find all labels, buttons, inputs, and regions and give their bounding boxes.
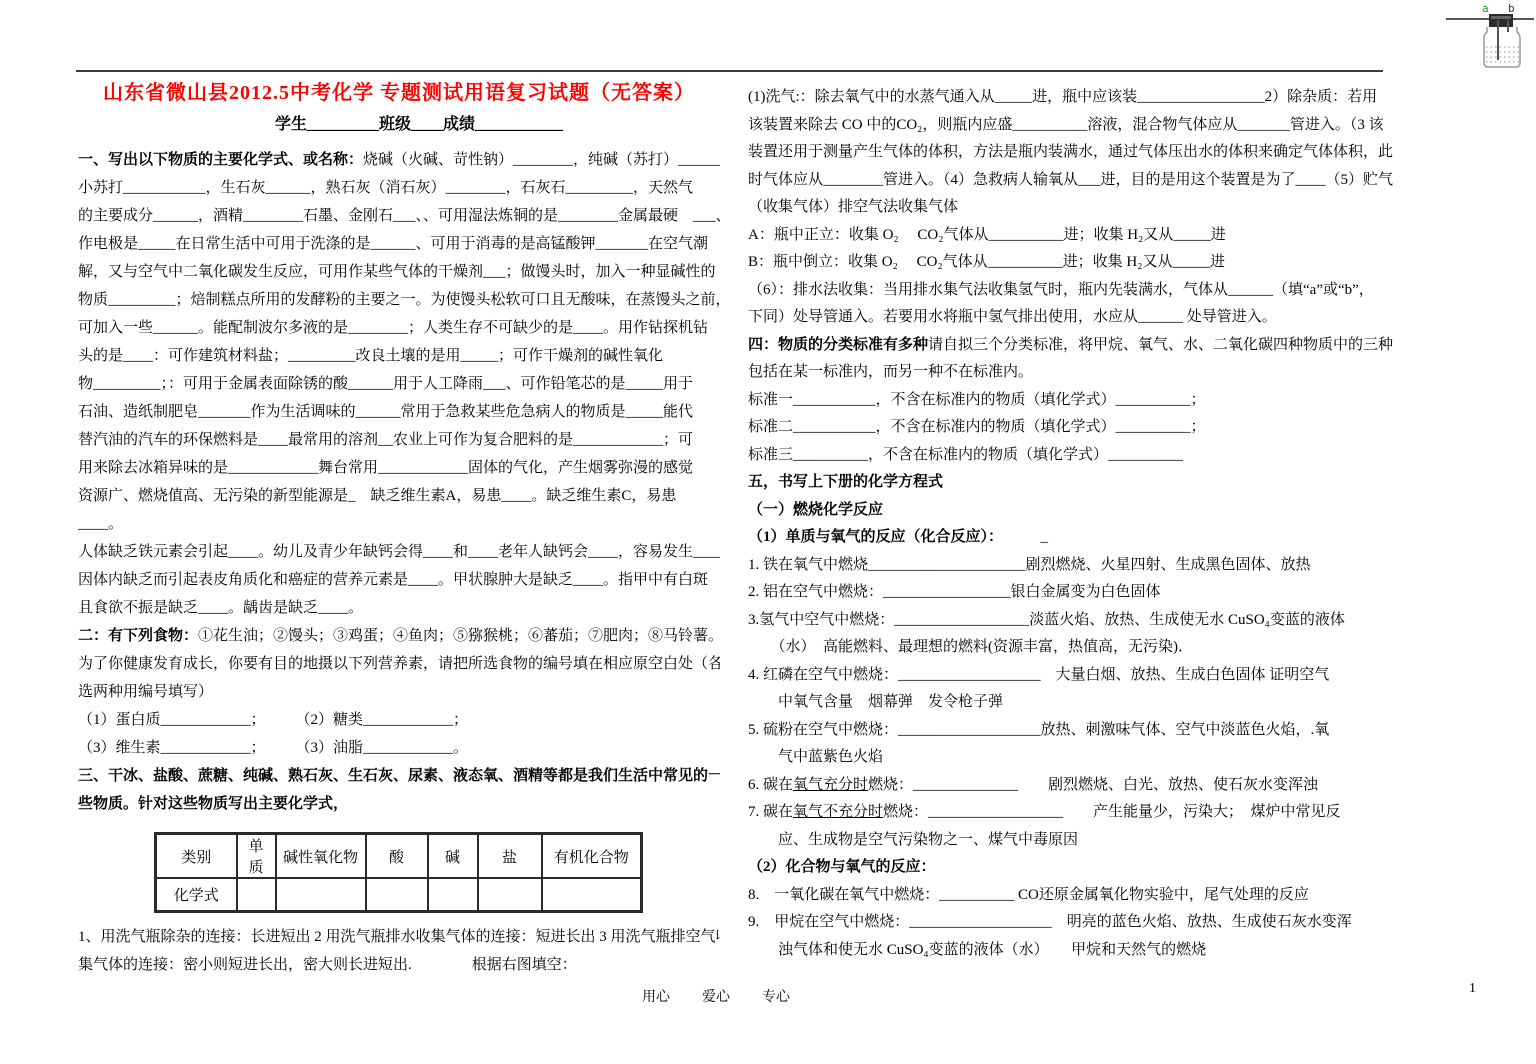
text-segment: _ <box>996 529 1049 545</box>
table-header-cell: 有机化合物 <box>542 834 642 879</box>
text-line: 7. 碳在氧气不充分时燃烧：__________________ 产生能量少，污… <box>748 799 1400 827</box>
page-number: 1 <box>1469 981 1476 997</box>
table-header-cell: 碱性氧化物 <box>276 834 366 879</box>
text-segment: B：瓶中倒立：收集 O₂ CO₂气体从__________进；收集 H₂又从__… <box>748 254 1225 270</box>
text-line: 气中蓝紫色火焰 <box>748 744 1400 772</box>
text-segment: 燃烧：__________________ 产生能量少，污染大； 煤炉中常见反 <box>883 804 1341 820</box>
text-line: ____。 <box>78 510 720 538</box>
text-line: 3.氢气中空气中燃烧：__________________淡蓝火焰、放热、生成使… <box>748 607 1400 635</box>
text-segment: （收集气体）排空气法收集气体 <box>748 199 958 215</box>
text-line: 4. 红磷在空气中燃烧：___________________ 大量白烟、放热、… <box>748 662 1400 690</box>
text-line: 浊气体和使无水 CuSO₄变蓝的液体（水） 甲烷和天然气的燃烧 <box>748 937 1400 965</box>
text-segment: 6. 碳在 <box>748 777 793 793</box>
tube-a-label: a <box>1482 2 1489 15</box>
text-segment: 因体内缺乏而引起表皮角质化和癌症的营养元素是____。甲状腺肿大是缺乏____。… <box>78 572 708 588</box>
text-line: （收集气体）排空气法收集气体 <box>748 194 1400 222</box>
text-segment: ____。 <box>78 516 123 532</box>
text-line: 替汽油的汽车的环保燃料是____最常用的溶剂__农业上可作为复合肥料的是____… <box>78 426 720 454</box>
text-line: 物质_________；焙制糕点所用的发酵粉的主要之一。为使馒头松软可口且无酸味… <box>78 286 720 314</box>
text-segment: 且食欲不振是缺乏____。龋齿是缺乏____。 <box>78 600 363 616</box>
text-segment: 用来除去冰箱异味的是____________舞台常用____________固体… <box>78 460 693 476</box>
text-segment: 小苏打___________，生石灰______，熟石灰（消石灰）_______… <box>78 180 693 196</box>
text-segment: 2. 铝在空气中燃烧：_________________银白金属变为白色固体 <box>748 584 1161 600</box>
text-line: A：瓶中正立：收集 O₂ CO₂气体从__________进；收集 H₂又从__… <box>748 222 1400 250</box>
text-segment: 请自拟三个分类标准，将甲烷、氧气、水、二氧化碳四种物质中的三种 <box>928 337 1393 353</box>
text-segment: 一、写出以下物质的主要化学式、或名称： <box>78 152 363 168</box>
text-line: 5. 硫粉在空气中燃烧：___________________放热、刺激味气体、… <box>748 717 1400 745</box>
text-segment: 1、用洗气瓶除杂的连接：长进短出 2 用洗气瓶排水收集气体的连接：短进长出 3 … <box>78 929 720 945</box>
text-line: 的主要成分______，酒精________石墨、金刚石___、、可用湿法炼铜的… <box>78 202 720 230</box>
text-segment: 该装置来除去 CO 中的CO₂，则瓶内应盛__________溶液，混合物气体应… <box>748 117 1384 133</box>
top-rule <box>76 70 1383 72</box>
table-header-cell: 酸 <box>366 834 428 879</box>
text-line: （水） 高能燃料、最理想的燃料(资源丰富，热值高，无污染)． <box>748 634 1400 662</box>
text-segment: 5. 硫粉在空气中燃烧：___________________放热、刺激味气体、… <box>748 722 1329 738</box>
text-line: 可加入一些______。能配制波尔多液的是________；人类生存不可缺少的是… <box>78 314 720 342</box>
text-line: 为了你健康发育成长，你要有目的地摄以下列营养素，请把所选食物的编号填在相应原空白… <box>78 650 720 678</box>
text-line: 标准二___________，不含在标准内的物质（填化学式）__________… <box>748 414 1400 442</box>
text-segment: 浊气体和使无水 CuSO₄变蓝的液体（水） 甲烷和天然气的燃烧 <box>748 942 1206 958</box>
text-segment: 应、生成物是空气污染物之一、煤气中毒原因 <box>748 832 1078 848</box>
left-text-block-after-table: 1、用洗气瓶除杂的连接：长进短出 2 用洗气瓶排水收集气体的连接：短进长出 3 … <box>78 923 720 979</box>
text-line: 五，书写上下册的化学方程式 <box>748 469 1400 497</box>
text-segment: 五，书写上下册的化学方程式 <box>748 474 943 490</box>
text-segment: 8. 一氧化碳在氧气中燃烧：__________ CO还原金属氧化物实验中，尾气… <box>748 887 1309 903</box>
table-row-label: 化学式 <box>156 878 237 911</box>
footer-word: 专心 <box>762 990 790 1005</box>
text-segment: （6）：排水法收集：当用排水集气法收集氢气时，瓶内先装满水，气体从______（… <box>748 282 1374 298</box>
text-line: 标准三__________，不含在标准内的物质（填化学式）__________ <box>748 442 1400 470</box>
text-segment: ①花生油；②馒头；③鸡蛋；④鱼肉；⑤猕猴桃；⑥蕃茄；⑦肥肉；⑧马铃薯。 <box>198 628 720 644</box>
text-segment: （3）维生素____________； （3）油脂____________。 <box>78 740 468 756</box>
text-segment: 装置还用于测量产生气体的体积，方法是瓶内装满水，通过气体压出水的体积来确定气体体… <box>748 144 1393 160</box>
text-segment: 中氧气含量 烟幕弹 发令枪子弹 <box>748 694 1003 710</box>
text-segment: 四：物质的分类标准有多种 <box>748 337 928 353</box>
footer-motto: 用心爱心专心 <box>642 986 822 1006</box>
text-segment: （水） 高能燃料、最理想的燃料(资源丰富，热值高，无污染)． <box>748 639 1193 655</box>
text-segment: 7. 碳在 <box>748 804 793 820</box>
text-line: 且食欲不振是缺乏____。龋齿是缺乏____。 <box>78 594 720 622</box>
text-line: B：瓶中倒立：收集 O₂ CO₂气体从__________进；收集 H₂又从__… <box>748 249 1400 277</box>
text-line: 1. 铁在氧气中燃烧_____________________剧烈燃烧、火星四射… <box>748 552 1400 580</box>
text-segment: 可加入一些______。能配制波尔多液的是________；人类生存不可缺少的是… <box>78 320 708 336</box>
text-line: 物_________；：可用于金属表面除锈的酸______用于人工降雨___、可… <box>78 370 720 398</box>
text-line: 资源广、燃烧值高、无污染的新型能源是_ 缺乏维生素A，易患____。缺乏维生素C… <box>78 482 720 510</box>
text-line: 解，又与空气中二氧化碳发生反应，可用作某些气体的干燥剂___；做馒头时，加入一种… <box>78 258 720 286</box>
student-class-score-line: 学生_________班级____成绩___________ <box>118 112 720 138</box>
text-segment: 资源广、燃烧值高、无污染的新型能源是_ 缺乏维生素A，易患____。缺乏维生素C… <box>78 488 676 504</box>
text-line: 1、用洗气瓶除杂的连接：长进短出 2 用洗气瓶排水收集气体的连接：短进长出 3 … <box>78 923 720 951</box>
text-segment: 时气体应从________管进入。（4）急救病人输氧从___进，目的是用这个装置… <box>748 172 1393 188</box>
text-line: 选两种用编号填写） <box>78 678 720 706</box>
text-segment: 解，又与空气中二氧化碳发生反应，可用作某些气体的干燥剂___；做馒头时，加入一种… <box>78 264 716 280</box>
text-line: (1)洗气:：除去氧气中的水蒸气通入从_____进，瓶中应该装_________… <box>748 84 1400 112</box>
document-page: a b 山东省微山县2012.5中考化学 专题测试用语复习试题（无答案） 学生_… <box>0 0 1536 1064</box>
text-segment: （2）化合物与氧气的反应： <box>748 859 936 875</box>
stopper <box>1489 14 1513 27</box>
right-column: (1)洗气:：除去氧气中的水蒸气通入从_____进，瓶中应该装_________… <box>748 84 1400 984</box>
liquid-dots <box>1486 47 1519 62</box>
text-segment: 标准一___________，不含在标准内的物质（填化学式）__________… <box>748 392 1206 408</box>
text-segment: 石油、造纸制肥皂_______作为生活调味的______常用于急救某些危急病人的… <box>78 404 693 420</box>
text-line: 9. 甲烷在空气中燃烧：___________________ 明亮的蓝色火焰、… <box>748 909 1400 937</box>
text-segment: 包括在某一标准内，而另一种不在标准内。 <box>748 364 1033 380</box>
text-line: 石油、造纸制肥皂_______作为生活调味的______常用于急救某些危急病人的… <box>78 398 720 426</box>
text-segment: 二：有下列食物： <box>78 628 198 644</box>
text-line: 应、生成物是空气污染物之一、煤气中毒原因 <box>748 827 1400 855</box>
text-line: 小苏打___________，生石灰______，熟石灰（消石灰）_______… <box>78 174 720 202</box>
text-line: 作电极是_____在日常生活中可用于洗涤的是______、可用于消毒的是高锰酸钾… <box>78 230 720 258</box>
text-line: 些物质。针对这些物质写出主要化学式， <box>78 790 720 818</box>
table-header-row: 类别单质碱性氧化物酸碱盐有机化合物 <box>156 834 642 879</box>
text-line: （2）化合物与氧气的反应： <box>748 854 1400 882</box>
footer-word: 用心 <box>642 990 670 1005</box>
text-segment: 的主要成分______，酒精________石墨、金刚石___、、可用湿法炼铜的… <box>78 208 720 224</box>
text-line: 用来除去冰箱异味的是____________舞台常用____________固体… <box>78 454 720 482</box>
text-segment: 物质_________；焙制糕点所用的发酵粉的主要之一。为使馒头松软可口且无酸味… <box>78 292 720 308</box>
text-line: 三、干冰、盐酸、蔗糖、纯碱、熟石灰、生石灰、尿素、液态氧、酒精等都是我们生活中常… <box>78 762 720 790</box>
right-text-block: (1)洗气:：除去氧气中的水蒸气通入从_____进，瓶中应该装_________… <box>748 84 1400 964</box>
text-segment: 集气体的连接：密小则短进长出，密大则长进短出. 根据右图填空： <box>78 957 577 973</box>
text-segment: 9. 甲烷在空气中燃烧：___________________ 明亮的蓝色火焰、… <box>748 914 1352 930</box>
text-segment: 1. 铁在氧气中燃烧_____________________剧烈燃烧、火星四射… <box>748 557 1311 573</box>
text-line: 集气体的连接：密小则短进长出，密大则长进短出. 根据右图填空： <box>78 951 720 979</box>
table-header-cell: 盐 <box>478 834 542 879</box>
text-segment: （1）蛋白质____________； （2）糖类____________； <box>78 712 468 728</box>
text-segment: 气中蓝紫色火焰 <box>748 749 883 765</box>
text-line: 二：有下列食物：①花生油；②馒头；③鸡蛋；④鱼肉；⑤猕猴桃；⑥蕃茄；⑦肥肉；⑧马… <box>78 622 720 650</box>
text-line: 因体内缺乏而引起表皮角质化和癌症的营养元素是____。甲状腺肿大是缺乏____。… <box>78 566 720 594</box>
text-segment: 头的是____：可作建筑材料盐；_________改良土壤的是用_____；可作… <box>78 348 663 364</box>
text-line: 8. 一氧化碳在氧气中燃烧：__________ CO还原金属氧化物实验中，尾气… <box>748 882 1400 910</box>
text-segment: 替汽油的汽车的环保燃料是____最常用的溶剂__农业上可作为复合肥料的是____… <box>78 432 693 448</box>
text-segment: 下同）处导管通入。若要用水将瓶中氢气排出使用，水应从______ 处导管进入。 <box>748 309 1277 325</box>
text-segment: 燃烧：______________ 剧烈燃烧、白光、放热、使石灰水变浑浊 <box>868 777 1318 793</box>
text-segment: 氧气不充分时 <box>793 804 883 820</box>
table-empty-cell <box>542 878 642 911</box>
text-segment: 物_________；：可用于金属表面除锈的酸______用于人工降雨___、可… <box>78 376 693 392</box>
text-segment: 些物质。针对这些物质写出主要化学式， <box>78 796 348 812</box>
text-line: 一、写出以下物质的主要化学式、或名称：烧碱（火碱、苛性钠）________，纯碱… <box>78 146 720 174</box>
text-line: （1）单质与氧气的反应（化合反应）： _ <box>748 524 1400 552</box>
text-line: 2. 铝在空气中燃烧：_________________银白金属变为白色固体 <box>748 579 1400 607</box>
text-line: 人体缺乏铁元素会引起____。幼儿及青少年缺钙会得____和____老年人缺钙会… <box>78 538 720 566</box>
text-line: （1）蛋白质____________； （2）糖类____________； <box>78 706 720 734</box>
text-line: 四：物质的分类标准有多种请自拟三个分类标准，将甲烷、氧气、水、二氧化碳四种物质中… <box>748 332 1400 360</box>
classification-table: 类别单质碱性氧化物酸碱盐有机化合物 化学式 <box>154 832 643 913</box>
text-segment: 人体缺乏铁元素会引起____。幼儿及青少年缺钙会得____和____老年人缺钙会… <box>78 544 720 560</box>
left-column: 山东省微山县2012.5中考化学 专题测试用语复习试题（无答案） 学生_____… <box>78 80 720 980</box>
text-line: （一）燃烧化学反应 <box>748 497 1400 525</box>
text-line: （6）：排水法收集：当用排水集气法收集氢气时，瓶内先装满水，气体从______（… <box>748 277 1400 305</box>
text-line: 时气体应从________管进入。（4）急救病人输氧从___进，目的是用这个装置… <box>748 167 1400 195</box>
text-segment: 为了你健康发育成长，你要有目的地摄以下列营养素，请把所选食物的编号填在相应原空白… <box>78 656 720 672</box>
text-line: 中氧气含量 烟幕弹 发令枪子弹 <box>748 689 1400 717</box>
table-header-cell: 单质 <box>237 834 276 879</box>
text-segment: 标准二___________，不含在标准内的物质（填化学式）__________… <box>748 419 1206 435</box>
text-line: 头的是____：可作建筑材料盐；_________改良土壤的是用_____；可作… <box>78 342 720 370</box>
text-segment: 3.氢气中空气中燃烧：__________________淡蓝火焰、放热、生成使… <box>748 612 1345 628</box>
table-empty-cell <box>276 878 366 911</box>
text-segment: 选两种用编号填写） <box>78 684 213 700</box>
text-line: 标准一___________，不含在标准内的物质（填化学式）__________… <box>748 387 1400 415</box>
table-header-cell: 碱 <box>428 834 478 879</box>
text-segment: 4. 红磷在空气中燃烧：___________________ 大量白烟、放热、… <box>748 667 1329 683</box>
text-segment: （1）单质与氧气的反应（化合反应）： <box>748 529 996 545</box>
stopper-highlight <box>1491 16 1511 19</box>
gas-washing-bottle-diagram: a b <box>1434 0 1534 76</box>
text-line: 6. 碳在氧气充分时燃烧：______________ 剧烈燃烧、白光、放热、使… <box>748 772 1400 800</box>
tube-b-label: b <box>1508 2 1515 15</box>
text-segment: 氧气充分时 <box>793 777 868 793</box>
bottle-outline <box>1484 27 1520 67</box>
text-line: 装置还用于测量产生气体的体积，方法是瓶内装满水，通过气体压出水的体积来确定气体体… <box>748 139 1400 167</box>
table-empty-cell <box>237 878 276 911</box>
page-title: 山东省微山县2012.5中考化学 专题测试用语复习试题（无答案） <box>78 80 720 106</box>
footer-word: 爱心 <box>702 990 730 1005</box>
text-segment: （一）燃烧化学反应 <box>748 502 883 518</box>
text-line: 下同）处导管通入。若要用水将瓶中氢气排出使用，水应从______ 处导管进入。 <box>748 304 1400 332</box>
text-segment: 三、干冰、盐酸、蔗糖、纯碱、熟石灰、生石灰、尿素、液态氧、酒精等都是我们生活中常… <box>78 768 720 784</box>
table-header-cell: 类别 <box>156 834 237 879</box>
text-line: （3）维生素____________； （3）油脂____________。 <box>78 734 720 762</box>
table-empty-cell <box>428 878 478 911</box>
text-segment: 作电极是_____在日常生活中可用于洗涤的是______、可用于消毒的是高锰酸钾… <box>78 236 708 252</box>
text-segment: A：瓶中正立：收集 O₂ CO₂气体从__________进；收集 H₂又从__… <box>748 227 1226 243</box>
table-empty-cell <box>478 878 542 911</box>
text-line: 该装置来除去 CO 中的CO₂，则瓶内应盛__________溶液，混合物气体应… <box>748 112 1400 140</box>
text-segment: 烧碱（火碱、苛性钠）________，纯碱（苏打）________， <box>363 152 720 168</box>
table-body-row: 化学式 <box>156 878 642 911</box>
text-segment: 标准三__________，不含在标准内的物质（填化学式）__________ <box>748 447 1183 463</box>
table-empty-cell <box>366 878 428 911</box>
text-line: 包括在某一标准内，而另一种不在标准内。 <box>748 359 1400 387</box>
left-text-block: 一、写出以下物质的主要化学式、或名称：烧碱（火碱、苛性钠）________，纯碱… <box>78 146 720 818</box>
text-segment: (1)洗气:：除去氧气中的水蒸气通入从_____进，瓶中应该装_________… <box>748 89 1377 105</box>
